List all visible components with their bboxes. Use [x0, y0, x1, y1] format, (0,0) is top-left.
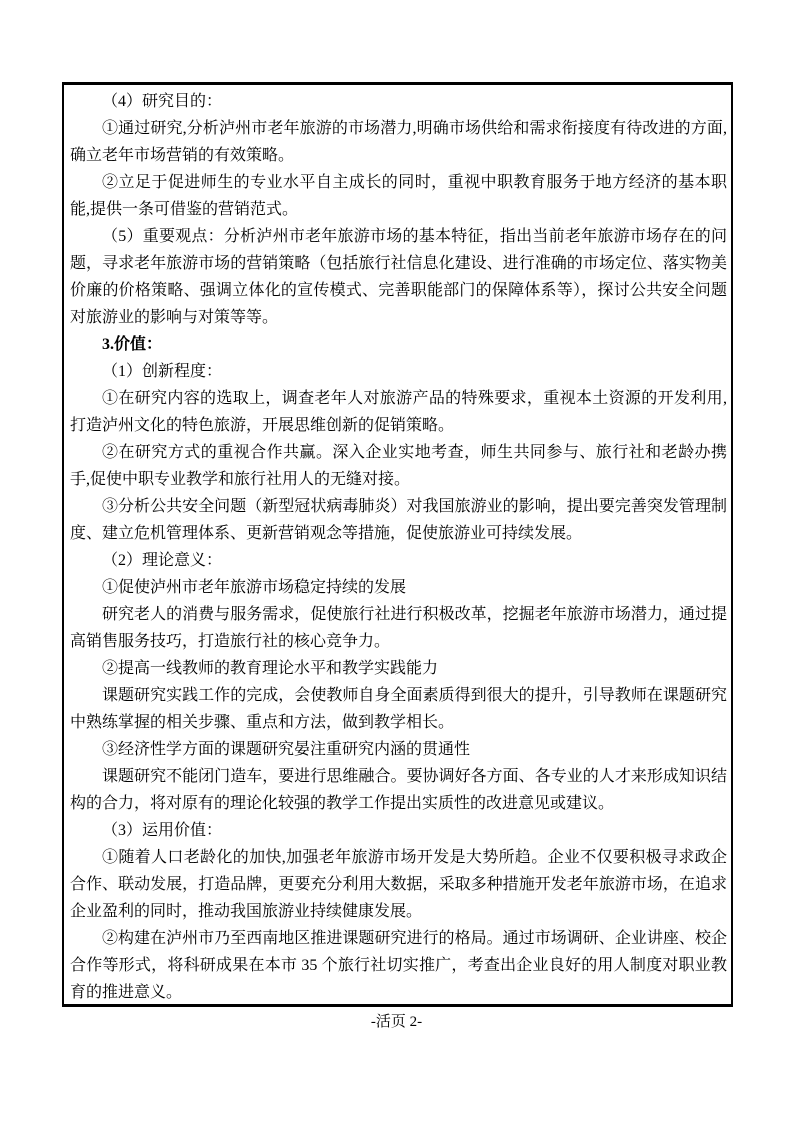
paragraph: ③经济性学方面的课题研究晏注重研究内涵的贯通性 — [70, 736, 727, 763]
paragraph: ②构建在泸州市乃至西南地区推进课题研究进行的格局。通过市场调研、企业讲座、校企合… — [70, 925, 727, 1006]
paragraph: （5）重要观点：分析泸州市老年旅游市场的基本特征，指出当前老年旅游市场存在的问题… — [70, 223, 727, 331]
paragraph: ③分析公共安全问题（新型冠状病毒肺炎）对我国旅游业的影响，提出要完善突发管理制度… — [70, 493, 727, 547]
paragraph: ①促使泸州市老年旅游市场稳定持续的发展 — [70, 574, 727, 601]
paragraph: ②立足于促进师生的专业水平自主成长的同时，重视中职教育服务于地方经济的基本职能,… — [70, 169, 727, 223]
paragraph: ②提高一线教师的教育理论水平和教学实践能力 — [70, 655, 727, 682]
paragraph: （1）创新程度： — [70, 358, 727, 385]
paragraph: ①通过研究,分析泸州市老年旅游的市场潜力,明确市场供给和需求衔接度有待改进的方面… — [70, 115, 727, 169]
paragraph: 3.价值： — [70, 331, 727, 358]
paragraph: 课题研究不能闭门造车，要进行思维融合。要协调好各方面、各专业的人才来形成知识结构… — [70, 763, 727, 817]
paragraph: （2）理论意义： — [70, 547, 727, 574]
page-footer: -活页 2- — [0, 1009, 793, 1036]
paragraph: （3）运用价值： — [70, 817, 727, 844]
paragraph: （4）研究目的： — [70, 88, 727, 115]
paragraph: 研究老人的消费与服务需求，促使旅行社进行积极改革，挖掘老年旅游市场潜力，通过提高… — [70, 601, 727, 655]
form-cell: （4）研究目的：①通过研究,分析泸州市老年旅游的市场潜力,明确市场供给和需求衔接… — [62, 82, 733, 1007]
paragraph: 课题研究实践工作的完成，会使教师自身全面素质得到很大的提升，引导教师在课题研究中… — [70, 682, 727, 736]
paragraph: ①在研究内容的选取上，调查老年人对旅游产品的特殊要求，重视本土资源的开发利用,打… — [70, 385, 727, 439]
paragraph: ①随着人口老龄化的加快,加强老年旅游市场开发是大势所趋。企业不仅要积极寻求政企合… — [70, 844, 727, 925]
paragraph: ②在研究方式的重视合作共赢。深入企业实地考查，师生共同参与、旅行社和老龄办携手,… — [70, 439, 727, 493]
